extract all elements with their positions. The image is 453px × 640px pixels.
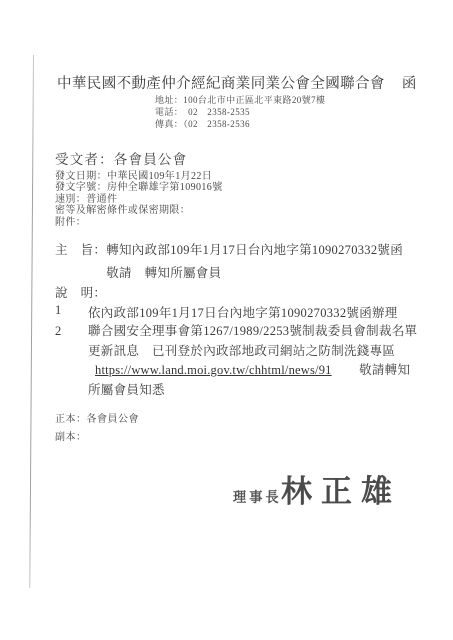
- item-line-1: 聯合國安全理事會第1267/1989/2253號制裁委員會制裁名單: [88, 322, 417, 342]
- contact-phone: 電話： 02 2358-2535: [155, 106, 325, 118]
- speed-line: 速別：普通件: [55, 194, 223, 205]
- attachment-line: 附件：: [55, 217, 223, 228]
- item-content: 聯合國安全理事會第1267/1989/2253號制裁委員會制裁名單 更新訊息 已…: [88, 322, 417, 400]
- issue-date-line: 發文日期：中華民國109年1月22日: [55, 171, 223, 182]
- meta-block: 發文日期：中華民國109年1月22日 發文字號：房仲全聯雄字第109016號 速…: [55, 171, 223, 228]
- item-line-2: 更新訊息 已刊登於內政部地政司網站之防制洗錢專區: [88, 342, 417, 362]
- contact-address: 地址：100台北市中正區北平東路20號7樓: [155, 94, 325, 106]
- explanation-item-1: 1 依內政部109年1月17日台內地字第1090270332號函辦理: [55, 303, 398, 321]
- contact-block: 地址：100台北市中正區北平東路20號7樓 電話： 02 2358-2535 傳…: [155, 94, 325, 130]
- duplicate-copy-line: 副本：: [55, 429, 139, 447]
- subject-content: 轉知內政部109年1月17日台內地字第1090270332號函 敬請 轉知所屬會…: [106, 239, 403, 285]
- item-number: 1: [55, 303, 88, 321]
- copies-block: 正本：各會員公會 副本：: [55, 411, 139, 446]
- explanation-label: 說 明：: [55, 283, 106, 301]
- contact-fax: 傳真：（02 2358-2536: [155, 118, 325, 130]
- original-copy-line: 正本：各會員公會: [55, 411, 139, 429]
- doc-number-line: 發文字號：房仲全聯雄字第109016號: [55, 182, 223, 193]
- subject-label: 主 旨：: [55, 239, 106, 285]
- document-title: 中華民國不動產仲介經紀商業同業公會全國聯合會 函: [57, 72, 417, 93]
- link-suffix-text: 敬請轉知: [359, 363, 410, 377]
- scanned-letter-page: 中華民國不動產仲介經紀商業同業公會全國聯合會 函 地址：100台北市中正區北平東…: [0, 0, 453, 640]
- item-text: 依內政部109年1月17日台內地字第1090270332號函辦理: [88, 303, 398, 321]
- explanation-item-2: 2 聯合國安全理事會第1267/1989/2253號制裁委員會制裁名單 更新訊息…: [55, 322, 417, 400]
- signature-role: 理事長: [233, 486, 282, 507]
- document-type: 函: [402, 72, 417, 93]
- organization-name: 中華民國不動產仲介經紀商業同業公會全國聯合會: [57, 72, 385, 93]
- moi-news-link[interactable]: https://www.land.moi.gov.tw/chhtml/news/…: [95, 363, 332, 377]
- signature-name: 林正雄: [281, 466, 401, 511]
- recipient-line: 受文者：各會員公會: [55, 148, 187, 168]
- security-line: 密等及解密條件或保密期限：: [55, 205, 223, 216]
- subject-line-2: 敬請 轉知所屬會員: [106, 262, 403, 285]
- item-number: 2: [55, 322, 88, 400]
- scan-artifact-line: [29, 55, 34, 588]
- item-link-line: https://www.land.moi.gov.tw/chhtml/news/…: [95, 361, 417, 381]
- subject-section: 主 旨： 轉知內政部109年1月17日台內地字第1090270332號函 敬請 …: [55, 239, 403, 285]
- item-line-4: 所屬會員知悉: [88, 381, 417, 401]
- subject-line-1: 轉知內政部109年1月17日台內地字第1090270332號函: [106, 239, 403, 262]
